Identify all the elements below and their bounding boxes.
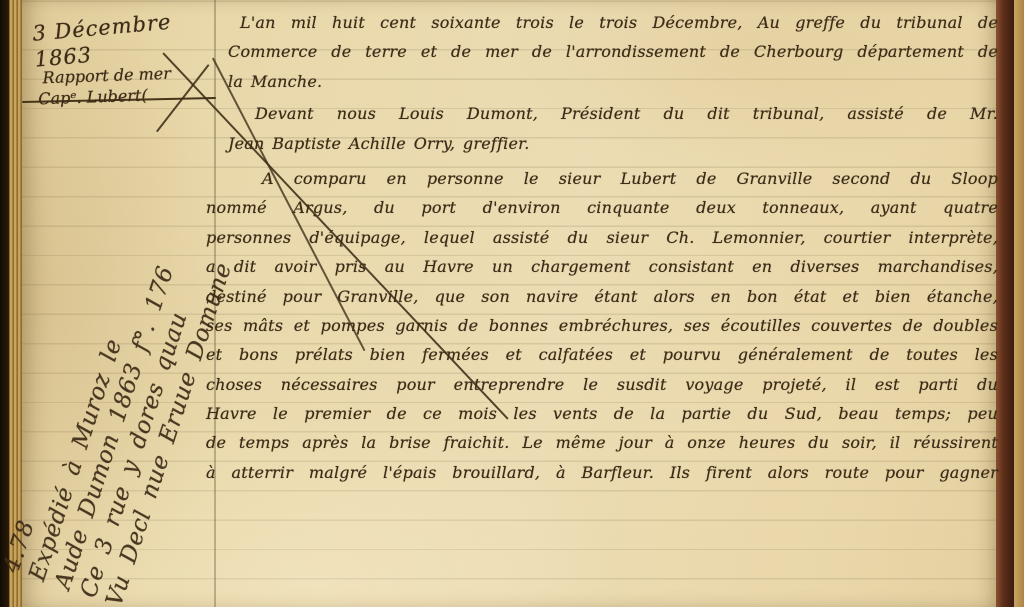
- manuscript-line: ses mâts et pompes garnis de bonnes embr…: [204, 311, 998, 340]
- manuscript-line: la Manche.: [204, 67, 998, 96]
- manuscript-line: à atterrir malgré l'épais brouillard, à …: [204, 458, 998, 487]
- manuscript-line: de temps après la brise fraichit. Le mêm…: [204, 428, 998, 457]
- manuscript-line: L'an mil huit cent soixante trois le tro…: [204, 8, 998, 37]
- manuscript-line: Devant nous Louis Dumont, Président du d…: [204, 99, 998, 128]
- book-binding-gutter: [0, 0, 9, 607]
- manuscript-line: choses nécessaires pour entreprendre le …: [204, 370, 998, 399]
- right-page-edge: [1014, 0, 1024, 607]
- manuscript-line: a dit avoir pris au Havre un chargement …: [204, 252, 998, 281]
- manuscript-line: nommé Argus, du port d'environ cinquante…: [204, 193, 998, 222]
- manuscript-line: destiné pour Granville, que son navire é…: [204, 282, 998, 311]
- manuscript-line: et bons prélats bien fermées et calfatée…: [204, 340, 998, 369]
- manuscript-line: Jean Baptiste Achille Orry, greffier.: [204, 129, 998, 158]
- right-binding-strip: [996, 0, 1014, 607]
- act-body-text: L'an mil huit cent soixante trois le tro…: [204, 8, 998, 487]
- manuscript-line: Havre le premier de ce mois les vents de…: [204, 399, 998, 428]
- manuscript-line: A comparu en personne le sieur Lubert de…: [204, 164, 998, 193]
- manuscript-scan: 3 Décembre 1863 Rapport de mer Capᵉ. Lub…: [0, 0, 1024, 607]
- manuscript-line: personnes d'équipage, lequel assisté du …: [204, 223, 998, 252]
- manuscript-line: Commerce de terre et de mer de l'arrondi…: [204, 37, 998, 66]
